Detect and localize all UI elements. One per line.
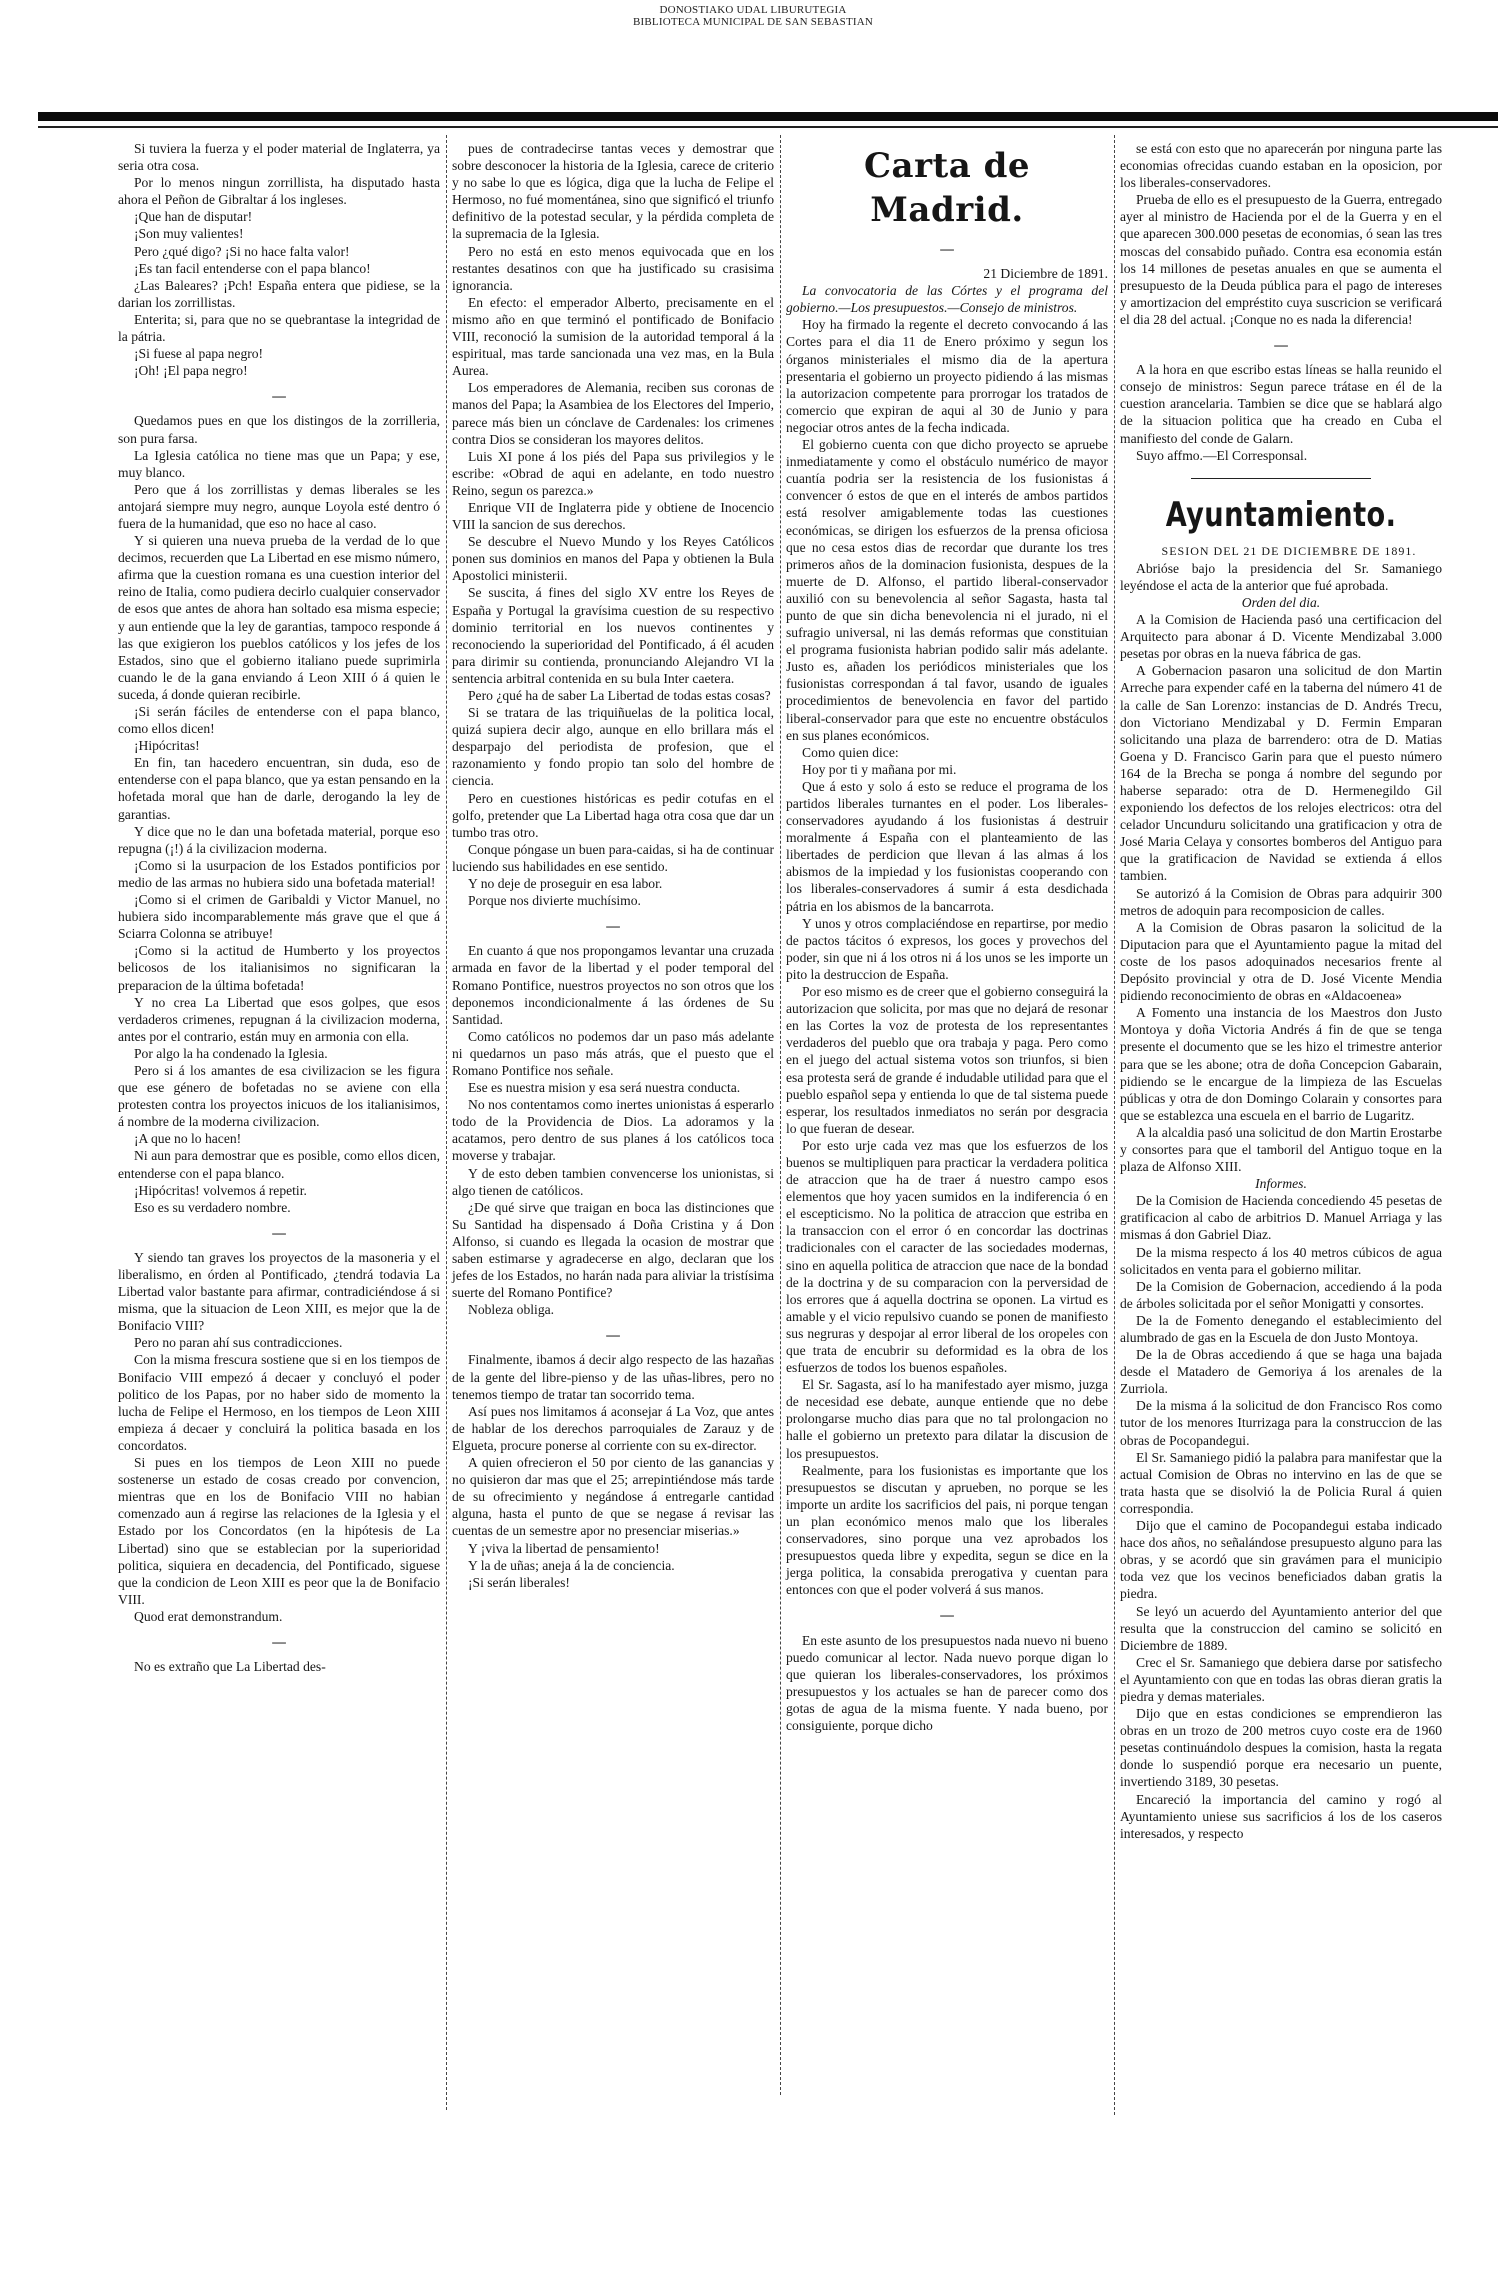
paragraph: Si se tratara de las triquiñuelas de la … (452, 704, 774, 789)
paragraph: Pero no paran ahí sus contradicciones. (118, 1334, 440, 1351)
informes-list: De la Comision de Hacienda concediendo 4… (1120, 1192, 1442, 1842)
separator: — (118, 1633, 440, 1650)
separator: — (452, 917, 774, 934)
paragraph: Quod erat demonstrandum. (118, 1608, 440, 1625)
paragraph: En fin, tan hacedero encuentran, sin dud… (118, 754, 440, 822)
paragraph: Y si quieren una nueva prueba de la verd… (118, 532, 440, 703)
column-divider-2 (780, 135, 782, 2095)
article-summary: La convocatoria de las Córtes y el progr… (786, 282, 1108, 316)
paragraph: Luis XI pone á los piés del Papa sus pri… (452, 448, 774, 499)
column-2-article: pues de contradecirse tantas veces y dem… (452, 140, 774, 1591)
paragraph: No es extraño que La Libertad des- (118, 1658, 440, 1675)
paragraph: De la misma á la solicitud de don Franci… (1120, 1397, 1442, 1448)
masthead-rule-thick (38, 112, 1498, 121)
paragraph: Y no crea La Libertad que esos golpes, q… (118, 994, 440, 1045)
paragraph: Realmente, para los fusionistas es impor… (786, 1462, 1108, 1599)
dateline: 21 Diciembre de 1891. (786, 265, 1108, 282)
paragraph: ¡Hipócritas! volvemos á repetir. (118, 1182, 440, 1199)
paragraph: Pero no está en esto menos equivocada qu… (452, 243, 774, 294)
paragraph: Así pues nos limitamos á aconsejar á La … (452, 1403, 774, 1454)
paragraph: Con la misma frescura sostiene que si en… (118, 1351, 440, 1454)
paragraph: El Sr. Samaniego pidió la palabra para m… (1120, 1449, 1442, 1517)
paragraph: De la de Obras accediendo á que se haga … (1120, 1346, 1442, 1397)
paragraph: ¿Las Baleares? ¡Pch! España entera que p… (118, 277, 440, 311)
paragraph: Crec el Sr. Samaniego que debiera darse … (1120, 1654, 1442, 1705)
separator: — (786, 1606, 1108, 1623)
paragraph: ¡Como si el crimen de Garibaldi y Victor… (118, 891, 440, 942)
paragraph: Pero ¿qué ha de saber La Libertad de tod… (452, 687, 774, 704)
session-title: SESION DEL 21 DE DICIEMBRE DE 1891. (1120, 543, 1442, 560)
paragraph: Y no deje de proseguir en esa labor. (452, 875, 774, 892)
carta-body: Hoy ha firmado la regente el decreto con… (786, 316, 1108, 1734)
paragraph: ¡Si serán liberales! (452, 1574, 774, 1591)
paragraph: De la Comision de Hacienda concediendo 4… (1120, 1192, 1442, 1243)
paragraph: A la alcaldia pasó una solicitud de don … (1120, 1124, 1442, 1175)
paragraph: De la Comision de Gobernacion, accediend… (1120, 1278, 1442, 1312)
paragraph: A la Comision de Hacienda pasó una certi… (1120, 611, 1442, 662)
paragraph: Ni aun para demostrar que es posible, co… (118, 1147, 440, 1181)
paragraph: Prueba de ello es el presupuesto de la G… (1120, 191, 1442, 328)
paragraph: Dijo que el camino de Pocopandegui estab… (1120, 1517, 1442, 1602)
paragraph: Los emperadores de Alemania, reciben sus… (452, 379, 774, 447)
paragraph: Pero que á los zorrillistas y demas libe… (118, 481, 440, 532)
column-3-carta-de-madrid: Carta de Madrid. — 21 Diciembre de 1891.… (786, 140, 1108, 1734)
column-4-carta-ayuntamiento: se está con esto que no aparecerán por n… (1120, 140, 1442, 1842)
column-divider-1 (446, 135, 448, 2110)
separator: — (452, 1326, 774, 1343)
paragraph: ¡Es tan facil entenderse con el papa bla… (118, 260, 440, 277)
paragraph: Hoy ha firmado la regente el decreto con… (786, 316, 1108, 436)
paragraph: Conque póngase un buen para-caidas, si h… (452, 841, 774, 875)
paragraph: ¡Si serán fáciles de entenderse con el p… (118, 703, 440, 737)
paragraph: Por esto urje cada vez mas que los esfue… (786, 1137, 1108, 1376)
paragraph: Pero en cuestiones históricas es pedir c… (452, 790, 774, 841)
archive-stamp-line2: BIBLIOTECA MUNICIPAL DE SAN SEBASTIAN (0, 16, 1506, 28)
paragraph: En cuanto á que nos propongamos levantar… (452, 942, 774, 1027)
paragraph: Y siendo tan graves los proyectos de la … (118, 1249, 440, 1334)
paragraph: Se leyó un acuerdo del Ayuntamiento ante… (1120, 1603, 1442, 1654)
paragraph: Se descubre el Nuevo Mundo y los Reyes C… (452, 533, 774, 584)
paragraph: A Fomento una instancia de los Maestros … (1120, 1004, 1442, 1124)
paragraph: El gobierno cuenta con que dicho proyect… (786, 436, 1108, 744)
separator: — (118, 387, 440, 404)
carta-continued: se está con esto que no aparecerán por n… (1120, 140, 1442, 447)
paragraph: En efecto: el emperador Alberto, precisa… (452, 294, 774, 379)
paragraph: Pero ¿qué digo? ¡Si no hace falta valor! (118, 243, 440, 260)
paragraph: Enterita; si, para que no se quebrantase… (118, 311, 440, 345)
paragraph: Y de esto deben tambien convencerse los … (452, 1165, 774, 1199)
paragraph: Si pues en los tiempos de Leon XIII no p… (118, 1454, 440, 1608)
paragraph: Hoy por ti y mañana por mi. (786, 761, 1108, 778)
separator: — (118, 1224, 440, 1241)
paragraph: Se autorizó á la Comision de Obras para … (1120, 885, 1442, 919)
paragraph: Y unos y otros complaciéndose en reparti… (786, 915, 1108, 983)
session-intro: Abrióse bajo la presidencia del Sr. Sama… (1120, 560, 1442, 594)
paragraph: Y ¡viva la libertad de pensamiento! (452, 1540, 774, 1557)
paragraph: Nobleza obliga. (452, 1301, 774, 1318)
paragraph: Quedamos pues en que los distingos de la… (118, 412, 440, 446)
paragraph: No nos contentamos como inertes unionist… (452, 1096, 774, 1164)
separator: — (1120, 336, 1442, 353)
paragraph: De la misma respecto á los 40 metros cúb… (1120, 1244, 1442, 1278)
paragraph: Y dice que no le dan una bofetada materi… (118, 823, 440, 857)
paragraph: En este asunto de los presupuestos nada … (786, 1632, 1108, 1735)
paragraph: Finalmente, ibamos á decir algo respecto… (452, 1351, 774, 1402)
paragraph: Y la de uñas; aneja á la de conciencia. (452, 1557, 774, 1574)
paragraph: Si tuviera la fuerza y el poder material… (118, 140, 440, 174)
paragraph: A Gobernacion pasaron una solicitud de d… (1120, 662, 1442, 884)
paragraph: Por algo la ha condenado la Iglesia. (118, 1045, 440, 1062)
paragraph: Por eso mismo es de creer que el gobiern… (786, 983, 1108, 1137)
paragraph: Porque nos divierte muchísimo. (452, 892, 774, 909)
paragraph: ¡Como si la usurpacion de los Estados po… (118, 857, 440, 891)
paragraph: Dijo que en estas condiciones se emprend… (1120, 1705, 1442, 1790)
orden-heading: Orden del dia. (1120, 594, 1442, 611)
paragraph: A quien ofrecieron el 50 por ciento de l… (452, 1454, 774, 1539)
column-divider-3 (1114, 135, 1116, 2115)
paragraph: ¡Como si la actitud de Humberto y los pr… (118, 942, 440, 993)
paragraph: A la hora en que escribo estas líneas se… (1120, 361, 1442, 446)
masthead-rule-thin (38, 126, 1498, 128)
paragraph: ¡Hipócritas! (118, 737, 440, 754)
paragraph: La Iglesia católica no tiene mas que un … (118, 447, 440, 481)
paragraph: ¡Oh! ¡El papa negro! (118, 362, 440, 379)
paragraph: Ese es nuestra mision y esa será nuestra… (452, 1079, 774, 1096)
paragraph: ¿De qué sirve que traigan en boca las di… (452, 1199, 774, 1302)
paragraph: Por lo menos ningun zorrillista, ha disp… (118, 174, 440, 208)
column-1-article: Si tuviera la fuerza y el poder material… (118, 140, 440, 1675)
paragraph: Como quien dice: (786, 744, 1108, 761)
orden-del-dia-list: A la Comision de Hacienda pasó una certi… (1120, 611, 1442, 1175)
section-ornament-rule (1191, 478, 1371, 479)
paragraph: Enrique VII de Inglaterra pide y obtiene… (452, 499, 774, 533)
paragraph: Se suscita, á fines del siglo XV entre l… (452, 584, 774, 687)
paragraph: Que á esto y solo á esto se reduce el pr… (786, 778, 1108, 915)
paragraph: A la Comision de Obras pasaron la solici… (1120, 919, 1442, 1004)
paragraph: Encareció la importancia del camino y ro… (1120, 1791, 1442, 1842)
headline-carta-de-madrid: Carta de Madrid. (786, 144, 1108, 232)
paragraph: pues de contradecirse tantas veces y dem… (452, 140, 774, 243)
archive-stamp: DONOSTIAKO UDAL LIBURUTEGIA BIBLIOTECA M… (0, 4, 1506, 28)
paragraph: ¡Si fuese al papa negro! (118, 345, 440, 362)
paragraph: Pero si á los amantes de esa civilizacio… (118, 1062, 440, 1130)
signature: Suyo affmo.—El Corresponsal. (1120, 447, 1442, 464)
paragraph: se está con esto que no aparecerán por n… (1120, 140, 1442, 191)
archive-stamp-line1: DONOSTIAKO UDAL LIBURUTEGIA (0, 4, 1506, 16)
informes-heading: Informes. (1120, 1175, 1442, 1192)
paragraph: De la de Fomento denegando el establecim… (1120, 1312, 1442, 1346)
paragraph: Como católicos no podemos dar un paso má… (452, 1028, 774, 1079)
paragraph: ¡A que no lo hacen! (118, 1130, 440, 1147)
headline-ayuntamiento: Ayuntamiento. (1152, 493, 1410, 537)
separator: — (786, 240, 1108, 257)
paragraph: ¡Que han de disputar! (118, 208, 440, 225)
paragraph: Eso es su verdadero nombre. (118, 1199, 440, 1216)
paragraph: ¡Son muy valientes! (118, 225, 440, 242)
paragraph: El Sr. Sagasta, así lo ha manifestado ay… (786, 1376, 1108, 1461)
